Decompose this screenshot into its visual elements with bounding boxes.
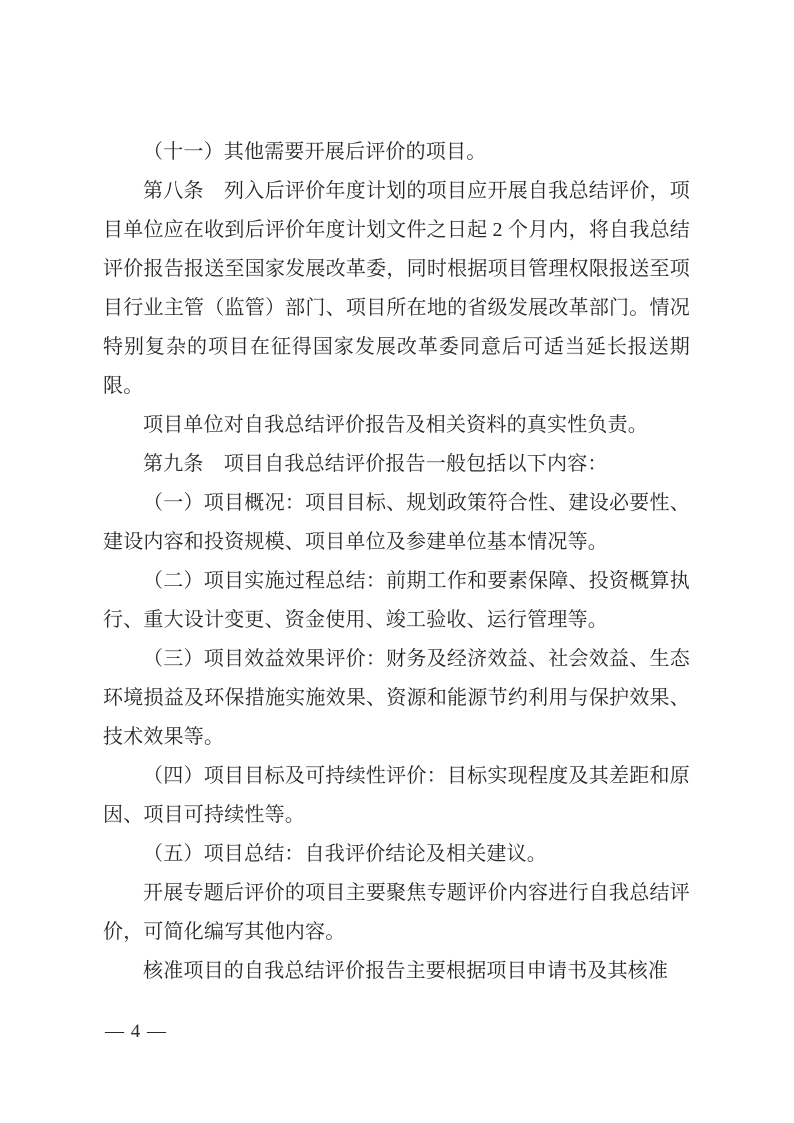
paragraph: （四）项目目标及可持续性评价：目标实现程度及其差距和原因、项目可持续性等。 <box>103 757 690 835</box>
paragraph: （一）项目概况：项目目标、规划政策符合性、建设必要性、建设内容和投资规模、项目单… <box>103 484 690 562</box>
document-page: （十一）其他需要开展后评价的项目。 第八条 列入后评价年度计划的项目应开展自我总… <box>0 0 794 1123</box>
paragraph: （三）项目效益效果评价：财务及经济效益、社会效益、生态环境损益及环保措施实施效果… <box>103 640 690 757</box>
paragraph: （十一）其他需要开展后评价的项目。 <box>103 133 690 172</box>
page-number: — 4 — <box>105 1020 167 1044</box>
paragraph: 项目单位对自我总结评价报告及相关资料的真实性负责。 <box>103 406 690 445</box>
paragraph: （二）项目实施过程总结：前期工作和要素保障、投资概算执行、重大设计变更、资金使用… <box>103 562 690 640</box>
paragraph: 第八条 列入后评价年度计划的项目应开展自我总结评价，项目单位应在收到后评价年度计… <box>103 172 690 406</box>
document-body: （十一）其他需要开展后评价的项目。 第八条 列入后评价年度计划的项目应开展自我总… <box>103 133 690 991</box>
paragraph: 第九条 项目自我总结评价报告一般包括以下内容： <box>103 445 690 484</box>
paragraph: （五）项目总结：自我评价结论及相关建议。 <box>103 835 690 874</box>
paragraph: 核准项目的自我总结评价报告主要根据项目申请书及其核准 <box>103 952 690 991</box>
paragraph: 开展专题后评价的项目主要聚焦专题评价内容进行自我总结评价，可简化编写其他内容。 <box>103 874 690 952</box>
